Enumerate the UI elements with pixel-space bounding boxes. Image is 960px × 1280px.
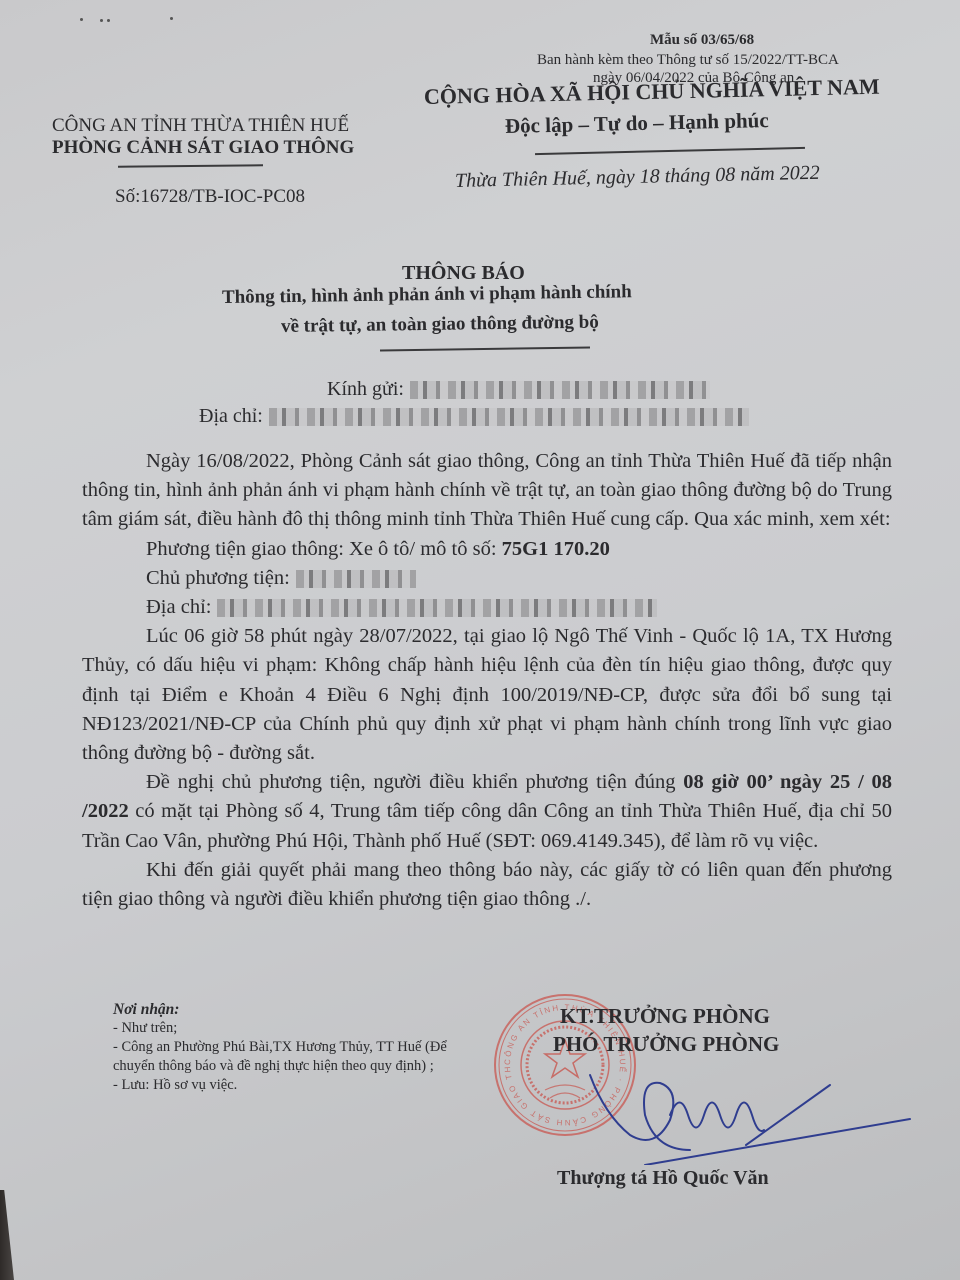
document-subtitle-line1: Thông tin, hình ảnh phản ánh vi phạm hàn… — [222, 281, 632, 309]
distribution-list: Nơi nhận: - Như trên; - Công an Phường P… — [113, 1000, 473, 1095]
place-and-date: Thừa Thiên Huế, ngày 18 tháng 08 năm 202… — [455, 162, 820, 193]
issued-with-line1: Ban hành kèm theo Thông tư số 15/2022/TT… — [537, 52, 839, 69]
summons-text-1: Đề nghị chủ phương tiện, người điều khiể… — [146, 771, 683, 793]
document-subtitle-line2: về trật tự, an toàn giao thông đường bộ — [281, 312, 599, 338]
owner-line: Chủ phương tiện: — [82, 564, 892, 593]
distribution-item: - Công an Phường Phú Bài,TX Hương Thủy, … — [113, 1038, 473, 1076]
signer-name: Thượng tá Hồ Quốc Văn — [557, 1167, 769, 1190]
subtitle-underline — [380, 347, 590, 352]
national-motto: Độc lập – Tự do – Hạnh phúc — [505, 108, 769, 139]
distribution-item: - Như trên; — [113, 1019, 473, 1038]
vehicle-line: Phương tiện giao thông: Xe ô tô/ mô tô s… — [82, 535, 892, 564]
violation-paragraph: Lúc 06 giờ 58 phút ngày 28/07/2022, tại … — [82, 622, 892, 768]
addressee-address-label: Địa chỉ: — [199, 405, 263, 427]
vehicle-plate: 75G1 170.20 — [502, 538, 610, 560]
document-number: Số:16728/TB-IOC-PC08 — [115, 186, 305, 208]
issuing-agency: CÔNG AN TỈNH THỪA THIÊN HUẾ — [52, 115, 349, 137]
summons-paragraph: Đề nghị chủ phương tiện, người điều khiể… — [82, 768, 892, 856]
addressee-label: Kính gửi: — [327, 378, 404, 400]
form-code: Mẫu số 03/65/68 — [650, 32, 754, 49]
document-body: Ngày 16/08/2022, Phòng Cảnh sát giao thô… — [82, 447, 892, 914]
issuing-department: PHÒNG CẢNH SÁT GIAO THÔNG — [52, 137, 354, 159]
instructions-paragraph: Khi đến giải quyết phải mang theo thông … — [82, 856, 892, 914]
distribution-item: - Lưu: Hồ sơ vụ việc. — [113, 1076, 473, 1095]
document-title: THÔNG BÁO — [402, 262, 525, 285]
owner-address-redacted — [217, 599, 657, 617]
distribution-heading: Nơi nhận: — [113, 1000, 473, 1019]
department-underline — [118, 164, 263, 168]
paper-specks — [80, 14, 180, 24]
owner-address-line: Địa chỉ: — [82, 593, 892, 622]
motto-underline — [535, 147, 805, 155]
addressee-line: Kính gửi: — [327, 378, 710, 401]
addressee-address-redacted — [269, 408, 749, 426]
signer-title-line2: PHÓ TRƯỞNG PHÒNG — [553, 1032, 779, 1057]
handwritten-signature-icon — [560, 1055, 920, 1165]
document-page: Mẫu số 03/65/68 Ban hành kèm theo Thông … — [0, 0, 960, 1280]
vehicle-label: Phương tiện giao thông: Xe ô tô/ mô tô s… — [146, 538, 502, 560]
owner-address-label: Địa chỉ: — [146, 596, 211, 618]
owner-label: Chủ phương tiện: — [146, 567, 290, 589]
summons-text-2: có mặt tại Phòng số 4, Trung tâm tiếp cô… — [82, 800, 892, 851]
signer-title-line1: KT.TRƯỞNG PHÒNG — [560, 1004, 770, 1029]
owner-name-redacted — [296, 570, 416, 588]
addressee-name-redacted — [410, 381, 710, 399]
intro-paragraph: Ngày 16/08/2022, Phòng Cảnh sát giao thô… — [82, 447, 892, 535]
national-title: CỘNG HÒA XÃ HỘI CHỦ NGHĨA VIỆT NAM — [424, 74, 880, 110]
addressee-address-line: Địa chỉ: — [199, 405, 749, 428]
background-edge — [0, 1190, 14, 1280]
